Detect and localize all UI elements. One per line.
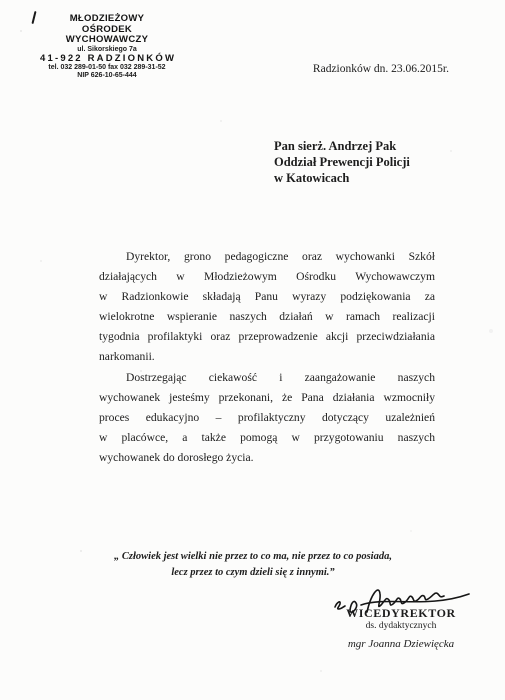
body-line: tygodnia profilaktyki oraz przeprowadzen… (99, 327, 435, 347)
stamp-nip: NIP 626-10-65-444 (40, 72, 174, 80)
quote-line-1: „ Człowiek jest wielki nie przez to co m… (77, 549, 429, 565)
signature-name: mgr Joanna Dziewięcka (327, 638, 475, 650)
stamp-org-name-line1: MŁODZIEŻOWY (40, 14, 174, 25)
signature-subtitle: ds. dydaktycznych (327, 621, 475, 631)
body-line: wychowanek jesteśmy przekonani, że Pana … (99, 388, 435, 408)
body-line: w placówce, a także pomogą w przygotowan… (99, 428, 435, 448)
paragraph-1: Dyrektor, grono pedagogiczne oraz wychow… (99, 247, 435, 367)
body-line: wielokrotne wspieranie naszych działań w… (99, 307, 435, 327)
body-line: wychowanek do dorosłego życia. (99, 448, 435, 468)
recipient-name: Pan sierż. Andrzej Pak (274, 139, 410, 155)
quote-block: „ Człowiek jest wielki nie przez to co m… (77, 549, 429, 580)
stamp-phone-fax: tel. 032 289-01-50 fax 032 289-31-52 (40, 64, 174, 72)
handwritten-signature-icon (329, 581, 473, 617)
stamp-street: ul. Sikorskiego 7a (40, 46, 174, 54)
letter-page: MŁODZIEŻOWY OŚRODEK WYCHOWAWCZY ul. Siko… (0, 0, 505, 700)
body-line: Dyrektor, grono pedagogiczne oraz wychow… (99, 247, 435, 267)
body-line: Dostrzegając ciekawość i zaangażowanie n… (99, 368, 435, 388)
paragraph-2: Dostrzegając ciekawość i zaangażowanie n… (99, 368, 435, 468)
scan-noise (20, 30, 22, 32)
recipient-unit: Oddział Prewencji Policji (274, 155, 410, 171)
body-line: narkomanii. (99, 347, 435, 367)
ink-mark (31, 11, 36, 24)
date-line: Radzionków dn. 23.06.2015r. (313, 63, 449, 75)
quote-line-2: lecz przez to czym dzieli się z innymi.” (77, 565, 429, 581)
stamp-org-name-line2: OŚRODEK WYCHOWAWCZY (40, 25, 174, 46)
signature-block: WICEDYREKTOR ds. dydaktycznych mgr Joann… (327, 584, 475, 650)
recipient-city: w Katowicach (274, 171, 410, 187)
recipient-block: Pan sierż. Andrzej Pak Oddział Prewencji… (274, 139, 410, 186)
letterhead-stamp: MŁODZIEŻOWY OŚRODEK WYCHOWAWCZY ul. Siko… (40, 14, 174, 79)
body-line: proces edukacyjno – profilaktyczny dotyc… (99, 408, 435, 428)
stamp-city: 41-922 RADZIONKÓW (40, 54, 174, 64)
letter-body: Dyrektor, grono pedagogiczne oraz wychow… (99, 247, 435, 468)
body-line: działających w Młodzieżowym Ośrodku Wych… (99, 267, 435, 287)
body-line: w Radzionkowie składają Panu wyrazy podz… (99, 287, 435, 307)
